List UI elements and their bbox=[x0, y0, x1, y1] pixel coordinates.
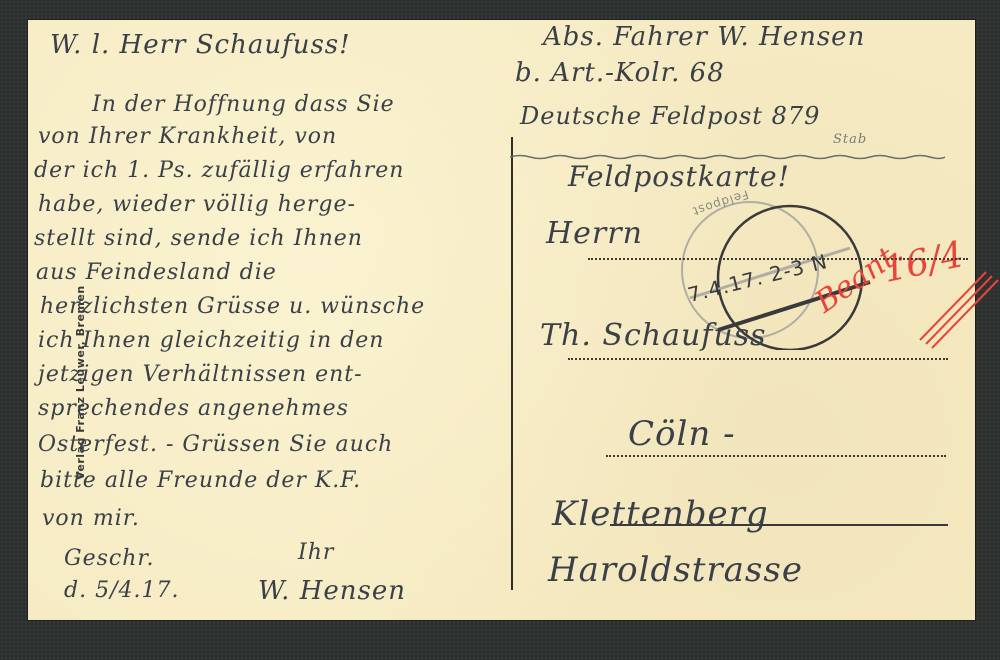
signature: W. Hensen bbox=[258, 576, 406, 606]
salutation: W. l. Herr Schaufuss! bbox=[50, 30, 351, 60]
message-line: habe, wieder völlig herge- bbox=[38, 192, 356, 217]
message-date: d. 5/4.17. bbox=[64, 578, 179, 603]
message-line: Osterfest. - Grüssen Sie auch bbox=[38, 432, 393, 457]
recipient-street: Haroldstrasse bbox=[548, 550, 803, 590]
closing-note: Geschr. bbox=[64, 546, 154, 571]
message-line: In der Hoffnung dass Sie bbox=[92, 92, 395, 117]
sender-line: Abs. Fahrer W. Hensen bbox=[543, 22, 865, 52]
signature-prefix: Ihr bbox=[298, 540, 334, 565]
address-line bbox=[568, 358, 948, 360]
message-line: sprechendes angenehmes bbox=[38, 396, 349, 421]
message-line: von mir. bbox=[42, 506, 140, 531]
recipient-name: Th. Schaufuss bbox=[540, 318, 767, 353]
address-line bbox=[606, 455, 946, 457]
sender-line: b. Art.-Kolr. 68 bbox=[515, 58, 725, 88]
recipient-district: Klettenberg bbox=[552, 494, 769, 534]
recipient-title: Herrn bbox=[546, 216, 643, 251]
address-line bbox=[610, 524, 948, 526]
message-line: ich Ihnen gleichzeitig in den bbox=[38, 328, 384, 353]
sender-overwrite: Stab bbox=[833, 132, 867, 147]
censor-strike-icon bbox=[918, 270, 1000, 350]
message-line: aus Feindesland die bbox=[36, 260, 277, 285]
card-heading: Feldpostkarte! bbox=[568, 160, 790, 193]
recipient-city: Cöln - bbox=[628, 414, 736, 454]
postcard: Verlag Franz Leuwer, Bremen W. l. Herr S… bbox=[28, 20, 975, 620]
message-line: jetzigen Verhältnissen ent- bbox=[38, 362, 363, 387]
sender-line: Deutsche Feldpost 879 bbox=[520, 102, 820, 130]
message-line: bitte alle Freunde der K.F. bbox=[40, 468, 361, 493]
message-line: herzlichsten Grüsse u. wünsche bbox=[40, 294, 425, 319]
vertical-divider bbox=[511, 137, 513, 590]
message-line: von Ihrer Krankheit, von bbox=[38, 124, 337, 149]
message-line: stellt sind, sende ich Ihnen bbox=[34, 226, 363, 251]
address-line bbox=[588, 258, 968, 260]
message-line: der ich 1. Ps. zufällig erfahren bbox=[34, 158, 404, 183]
